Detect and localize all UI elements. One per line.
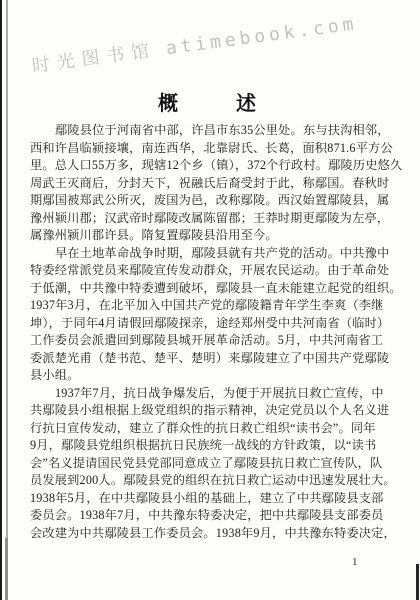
- watermark-site-name: 时光图书馆: [31, 40, 158, 77]
- text-line: 特委经常派党员来鄢陵宣传发动群众，开展农民运动。由于革命处: [30, 262, 396, 280]
- text-line: 鄢陵县位于河南省中部，许昌市东35公里处。东与扶沟相邻，: [30, 122, 396, 140]
- text-line: 属豫州颍川郡许县。隋复置鄢陵县沿用至今。: [30, 227, 396, 245]
- text-line: 1937年3月，在北平加入中国共产党的鄢陵籍青年学生李爽（李继: [30, 297, 396, 315]
- body-text: 鄢陵县位于河南省中部，许昌市东35公里处。东与扶沟相邻， 西和许昌临颍接壤，南连…: [30, 122, 396, 542]
- text-line: 里。总人口55万多，现辖12个乡（镇），372个行政村。鄢陵历史悠久: [30, 157, 396, 175]
- text-line: 工作委员会派遣回到鄢陵县城开展革命活动。5月，中共河南省工: [30, 332, 396, 350]
- text-line: 会改建为中共鄢陵县工作委员会。1938年9月，中共豫东特委决定，: [30, 525, 396, 543]
- scan-gutter-shadow: [5, 538, 8, 600]
- text-line: 共鄢陵县小组根据上级党组织的指示精神，决定党员以个人名义进: [30, 402, 396, 420]
- text-line: 委员会。1938年7月，中共豫东特委决定，把中共鄢陵县支部委员: [30, 507, 396, 525]
- text-line: 早在土地革命战争时期，鄢陵县就有共产党的活动。中共豫中: [30, 245, 396, 263]
- text-line: 坤），于同年4月请假回鄢陵探亲，途经郑州受中共河南省（临时）: [30, 315, 396, 333]
- text-line: 行抗日宣传发动，建立了群众性的抗日救亡组织“读书会”。同年: [30, 420, 396, 438]
- text-line: 1938年5月，在中共鄢陵县小组的基础上，建立了中共鄢陵县支部: [30, 490, 396, 508]
- paragraph: 鄢陵县位于河南省中部，许昌市东35公里处。东与扶沟相邻， 西和许昌临颍接壤，南连…: [30, 122, 396, 245]
- text-line: 县小组。: [30, 367, 396, 385]
- text-line: 周武王灭商后，分封天下，祝融氏后裔受封于此，称鄢国。春秋时: [30, 175, 396, 193]
- text-line: 委派楚光甫（楚书范、楚平、楚明）来鄢陵建立了中国共产党鄢陵: [30, 350, 396, 368]
- watermark-domain: atimebook.com: [165, 13, 359, 59]
- paragraph: 1937年7月，抗日战争爆发后，为便于开展抗日救亡宣传，中 共鄢陵县小组根据上级…: [30, 385, 396, 543]
- page-title: 概 述: [0, 87, 420, 116]
- text-line: 1937年7月，抗日战争爆发后，为便于开展抗日救亡宣传，中: [30, 385, 396, 403]
- paragraph: 早在土地革命战争时期，鄢陵县就有共产党的活动。中共豫中 特委经常派党员来鄢陵宣传…: [30, 245, 396, 385]
- text-line: 于低潮，中共豫中特委遭到破坏，鄢陵县一直未能建立起党的组织。: [30, 280, 396, 298]
- text-line: 9月，鄢陵县党组织根据抗日民族统一战线的方针政策，以“读书: [30, 437, 396, 455]
- page-number: 1: [352, 556, 358, 568]
- watermark: 时光图书馆atimebook.com: [30, 9, 358, 78]
- text-line: 豫州颍川郡；汉武帝时鄢陵改属陈留郡；王莽时期更鄢陵为左亭，: [30, 210, 396, 228]
- text-line: 员发展到200人。鄢陵县党的组织在抗日救亡运动中迅速发展壮大。: [30, 472, 396, 490]
- scan-corner-artifact: [416, 564, 419, 600]
- text-line: 西和许昌临颍接壤，南连西华，北靠尉氏、长葛，面积871.6平方公: [30, 140, 396, 158]
- text-line: 期鄢国被郑武公所灭，废国为邑，改称鄢陵。西汉始置鄢陵县，属: [30, 192, 396, 210]
- text-line: 会”名义提请国民党县党部同意成立了鄢陵县抗日救亡宣传队，队: [30, 455, 396, 473]
